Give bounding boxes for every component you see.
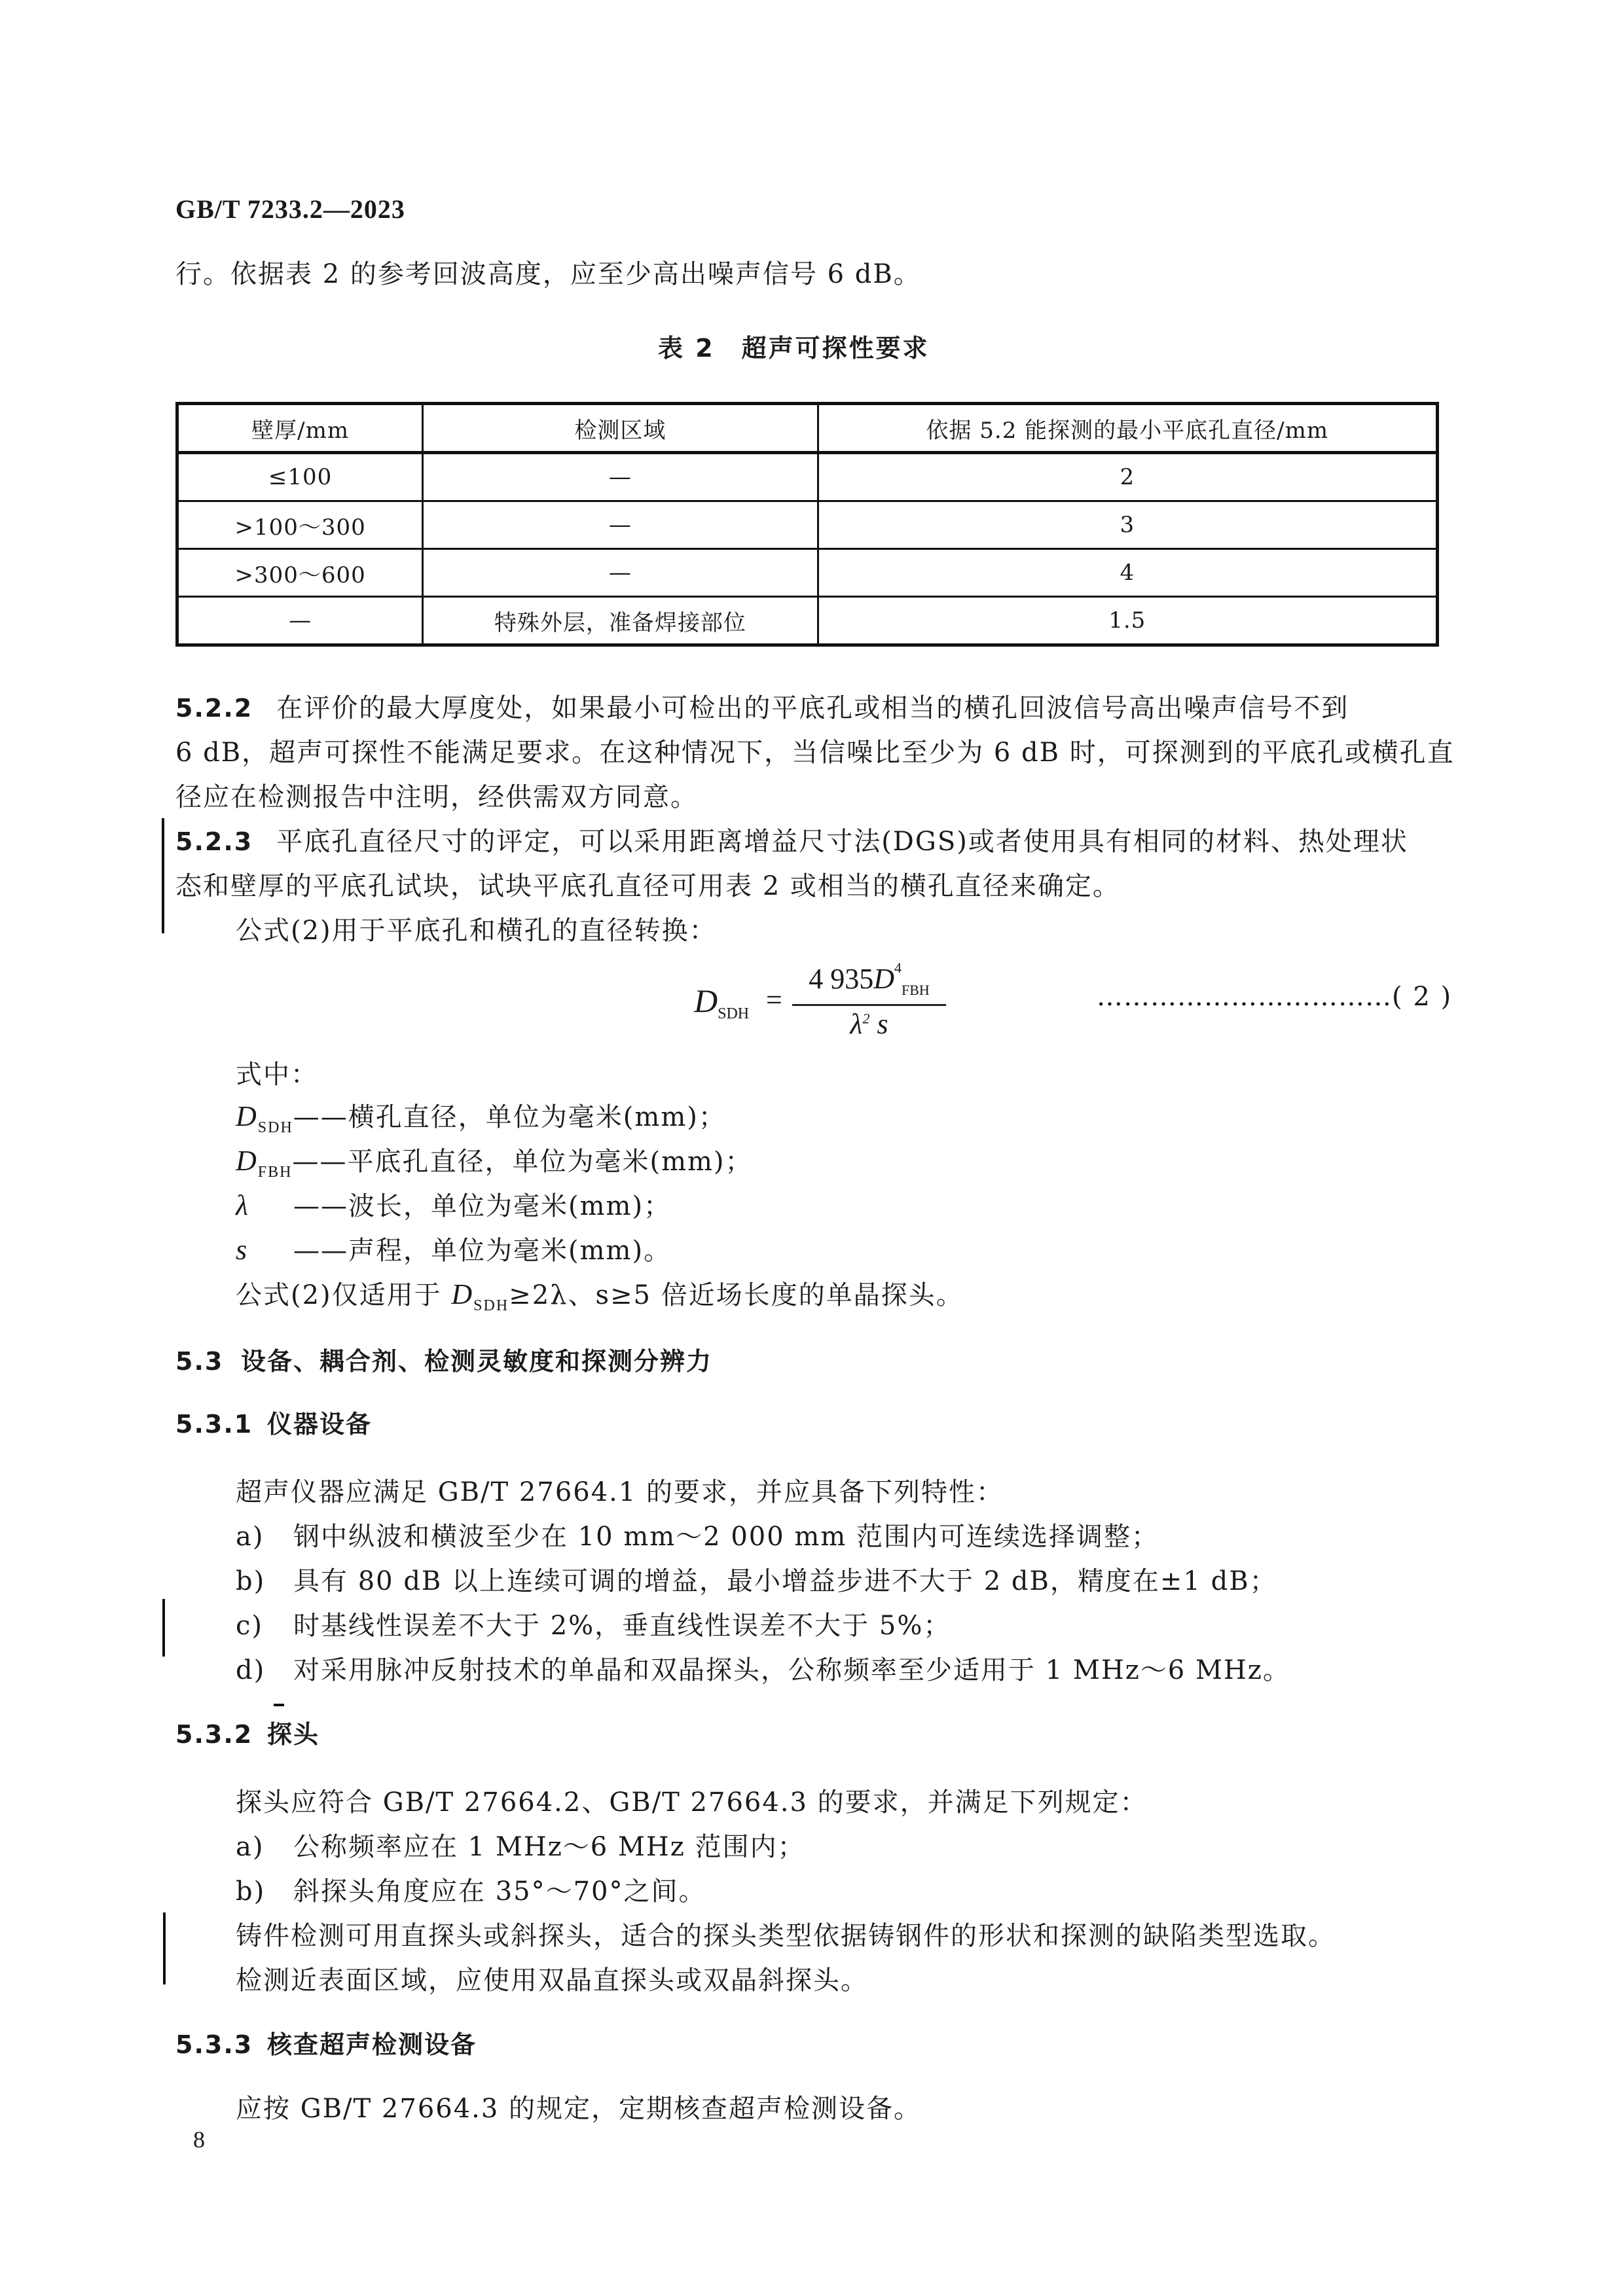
formula-superscript: 2 bbox=[862, 1010, 869, 1026]
where-item: DFBH——平底孔直径，单位为毫米(mm)； bbox=[236, 1145, 753, 1188]
column-header: 依据 5.2 能探测的最小平底孔直径/mm bbox=[818, 404, 1437, 453]
where-label: 式中： bbox=[236, 1059, 318, 1090]
clause-5-2-2-line-2: 6 dB，超声可探性不能满足要求。在这种情况下，当信噪比至少为 6 dB 时，可… bbox=[175, 737, 1455, 768]
formula-symbol: s bbox=[877, 1008, 888, 1040]
section-number: 5.3.2 bbox=[175, 1719, 267, 1750]
formula-leader-dots: …………………………… bbox=[1097, 982, 1392, 1012]
applicability-text: ≥2λ、s≥5 倍近场长度的单晶探头。 bbox=[509, 1280, 964, 1310]
variable-description: ——声程，单位为毫米(mm)。 bbox=[293, 1236, 671, 1266]
section-5-3-heading: 5.3设备、耦合剂、检测灵敏度和探测分辨力 bbox=[175, 1346, 712, 1377]
variable-symbol: DFBH bbox=[236, 1145, 292, 1177]
list-item-label: a) bbox=[236, 1521, 293, 1552]
instrument-intro: 超声仪器应满足 GB/T 27664.1 的要求，并应具备下列特性： bbox=[236, 1477, 1004, 1508]
table-cell: — bbox=[177, 597, 423, 645]
list-item-label: c) bbox=[236, 1610, 293, 1641]
list-item-label: b) bbox=[236, 1566, 293, 1597]
clause-5-2-3-line-2: 态和壁厚的平底孔试块，试块平底孔直径可用表 2 或相当的横孔直径来确定。 bbox=[175, 870, 1120, 902]
clause-5-2-2-line-3: 径应在检测报告中注明，经供需双方同意。 bbox=[175, 781, 698, 813]
section-5-3-1-heading: 5.3.1仪器设备 bbox=[175, 1408, 372, 1440]
list-item: c)时基线性误差不大于 2%，垂直线性误差不大于 5%； bbox=[236, 1610, 951, 1641]
section-number: 5.3.3 bbox=[175, 2029, 267, 2060]
clause-text: 在评价的最大厚度处，如果最小可检出的平底孔或相当的横孔回波信号高出噪声信号不到 bbox=[276, 693, 1349, 723]
table-cell: ≤100 bbox=[177, 453, 423, 501]
variable-description: ——横孔直径，单位为毫米(mm)； bbox=[293, 1102, 726, 1132]
formula-label: ( 2 ) bbox=[1392, 982, 1452, 1012]
variable-symbol: λ bbox=[236, 1190, 293, 1221]
intro-continuation: 行。依据表 2 的参考回波高度，应至少高出噪声信号 6 dB。 bbox=[175, 259, 921, 290]
variable-symbol: s bbox=[236, 1234, 293, 1266]
list-item-label: d) bbox=[236, 1655, 293, 1686]
variable-description: ——波长，单位为毫米(mm)； bbox=[293, 1191, 671, 1221]
section-5-3-2-heading: 5.3.2探头 bbox=[175, 1719, 319, 1750]
applicability-text: 公式(2)仅适用于 bbox=[236, 1280, 451, 1310]
variable-symbol: DSDH bbox=[451, 1278, 509, 1310]
formula-applicability: 公式(2)仅适用于 DSDH≥2λ、s≥5 倍近场长度的单晶探头。 bbox=[236, 1279, 964, 1321]
table-cell: 1.5 bbox=[818, 597, 1437, 645]
fraction-bar bbox=[792, 1004, 946, 1006]
document-page: GB/T 7233.2—2023 行。依据表 2 的参考回波高度，应至少高出噪声… bbox=[0, 0, 1623, 2296]
formula-coefficient: 4 935 bbox=[809, 963, 873, 995]
formula-fraction: 4 935D4FBH λ2 s bbox=[792, 962, 946, 1041]
where-item: s——声程，单位为毫米(mm)。 bbox=[236, 1234, 671, 1266]
table-cell: — bbox=[423, 501, 818, 549]
list-item-text: 钢中纵波和横波至少在 10 mm～2 000 mm 范围内可连续选择调整； bbox=[293, 1522, 1159, 1552]
table-cell: >100～300 bbox=[177, 501, 423, 549]
list-item-text: 具有 80 dB 以上连续可调的增益，最小增益步进不大于 2 dB，精度在±1 … bbox=[293, 1566, 1277, 1596]
formula-lhs: DSDH bbox=[694, 982, 749, 1023]
formula-subscript: FBH bbox=[902, 982, 930, 998]
table-row: — 特殊外层，准备焊接部位 1.5 bbox=[177, 597, 1438, 645]
formula-intro: 公式(2)用于平底孔和横孔的直径转换： bbox=[236, 915, 717, 946]
list-item-text: 斜探头角度应在 35°～70°之间。 bbox=[293, 1876, 706, 1907]
probe-paragraph-2: 检测近表面区域，应使用双晶直探头或双晶斜探头。 bbox=[236, 1965, 868, 1996]
formula-numerator: 4 935D4FBH bbox=[792, 962, 946, 1003]
list-item: b)具有 80 dB 以上连续可调的增益，最小增益步进不大于 2 dB，精度在±… bbox=[236, 1566, 1277, 1597]
table-ultrasonic-detectability: 壁厚/mm 检测区域 依据 5.2 能探测的最小平底孔直径/mm ≤100 — … bbox=[175, 402, 1439, 647]
list-item-label: a) bbox=[236, 1831, 293, 1863]
section-5-3-3-heading: 5.3.3核查超声检测设备 bbox=[175, 2029, 477, 2060]
formula-denominator: λ2 s bbox=[792, 1007, 946, 1041]
clause-5-2-3-line-1: 5.2.3平底孔直径尺寸的评定，可以采用距离增益尺寸法(DGS)或者使用具有相同… bbox=[175, 826, 1408, 857]
formula-symbol: λ bbox=[850, 1008, 862, 1040]
verification-text: 应按 GB/T 27664.3 的规定，定期核查超声检测设备。 bbox=[236, 2093, 921, 2125]
section-number: 5.3 bbox=[175, 1346, 241, 1377]
section-title: 核查超声检测设备 bbox=[267, 2030, 477, 2059]
table-cell: 4 bbox=[818, 549, 1437, 597]
formula-number: ……………………………( 2 ) bbox=[1097, 982, 1452, 1012]
section-title: 探头 bbox=[267, 1720, 319, 1749]
where-item: λ——波长，单位为毫米(mm)； bbox=[236, 1190, 671, 1222]
where-item: DSDH——横孔直径，单位为毫米(mm)； bbox=[236, 1101, 726, 1143]
table-row: >300～600 — 4 bbox=[177, 549, 1438, 597]
table-cell: 2 bbox=[818, 453, 1437, 501]
scan-mark bbox=[274, 1704, 284, 1706]
formula-symbol: D bbox=[873, 963, 894, 995]
table-row: >100～300 — 3 bbox=[177, 501, 1438, 549]
table-cell: — bbox=[423, 549, 818, 597]
table-caption: 表 2 超声可探性要求 bbox=[658, 332, 930, 364]
clause-number: 5.2.2 bbox=[175, 694, 253, 723]
list-item-label: b) bbox=[236, 1876, 293, 1907]
probe-paragraph-1: 铸件检测可用直探头或斜探头，适合的探头类型依据铸钢件的形状和探测的缺陷类型选取。 bbox=[236, 1920, 1336, 1952]
formula-subscript: SDH bbox=[718, 1005, 749, 1022]
revision-change-bar bbox=[163, 1912, 166, 1984]
list-item: d)对采用脉冲反射技术的单晶和双晶探头，公称频率至少适用于 1 MHz～6 MH… bbox=[236, 1655, 1290, 1686]
formula-equals: = bbox=[766, 983, 782, 1016]
column-header: 壁厚/mm bbox=[177, 404, 423, 453]
column-header: 检测区域 bbox=[423, 404, 818, 453]
standard-code-header: GB/T 7233.2—2023 bbox=[175, 194, 405, 225]
table-cell: 3 bbox=[818, 501, 1437, 549]
table-cell: — bbox=[423, 453, 818, 501]
section-title: 仪器设备 bbox=[267, 1410, 372, 1439]
list-item-text: 公称频率应在 1 MHz～6 MHz 范围内； bbox=[293, 1832, 805, 1862]
list-item-text: 时基线性误差不大于 2%，垂直线性误差不大于 5%； bbox=[293, 1611, 951, 1641]
table-cell: 特殊外层，准备焊接部位 bbox=[423, 597, 818, 645]
page-number: 8 bbox=[193, 2126, 205, 2153]
variable-description: ——平底孔直径，单位为毫米(mm)； bbox=[292, 1147, 752, 1177]
section-number: 5.3.1 bbox=[175, 1408, 267, 1440]
section-title: 设备、耦合剂、检测灵敏度和探测分辨力 bbox=[241, 1347, 712, 1376]
formula-superscript: 4 bbox=[894, 960, 902, 976]
clause-number: 5.2.3 bbox=[175, 827, 253, 856]
table-row: ≤100 — 2 bbox=[177, 453, 1438, 501]
clause-text: 平底孔直径尺寸的评定，可以采用距离增益尺寸法(DGS)或者使用具有相同的材料、热… bbox=[276, 827, 1408, 857]
list-item: b)斜探头角度应在 35°～70°之间。 bbox=[236, 1876, 706, 1907]
variable-symbol: DSDH bbox=[236, 1100, 293, 1132]
list-item-text: 对采用脉冲反射技术的单晶和双晶探头，公称频率至少适用于 1 MHz～6 MHz。 bbox=[293, 1655, 1290, 1685]
formula-symbol: D bbox=[694, 982, 718, 1019]
probe-intro: 探头应符合 GB/T 27664.2、GB/T 27664.3 的要求，并满足下… bbox=[236, 1787, 1148, 1818]
table-header-row: 壁厚/mm 检测区域 依据 5.2 能探测的最小平底孔直径/mm bbox=[177, 404, 1438, 453]
table-cell: >300～600 bbox=[177, 549, 423, 597]
revision-change-bar bbox=[162, 1599, 165, 1657]
list-item: a)公称频率应在 1 MHz～6 MHz 范围内； bbox=[236, 1831, 805, 1863]
clause-5-2-2-line-1: 5.2.2在评价的最大厚度处，如果最小可检出的平底孔或相当的横孔回波信号高出噪声… bbox=[175, 692, 1349, 724]
revision-change-bar bbox=[162, 818, 164, 933]
list-item: a)钢中纵波和横波至少在 10 mm～2 000 mm 范围内可连续选择调整； bbox=[236, 1521, 1159, 1552]
